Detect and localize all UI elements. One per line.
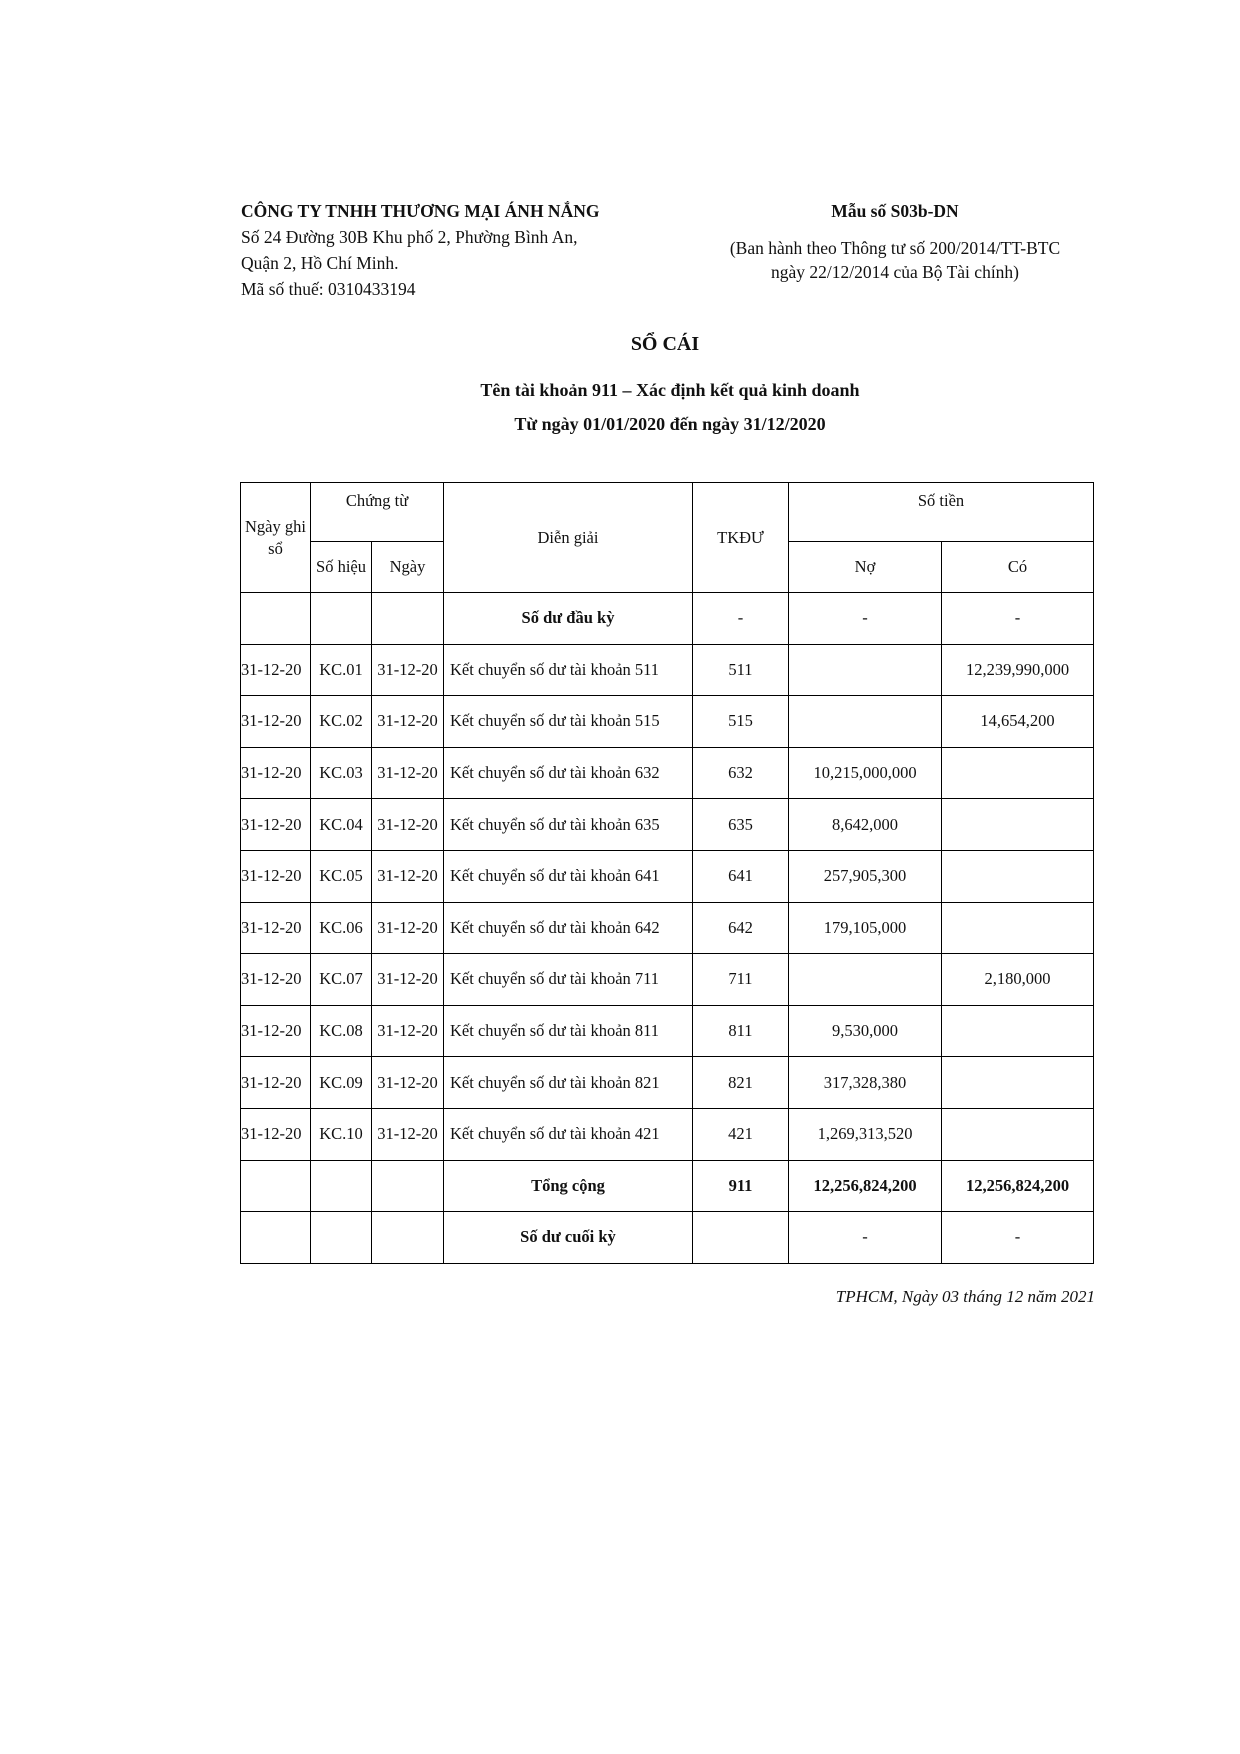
document-title: SỔ CÁI	[0, 333, 1240, 356]
opening-balance-debit: -	[789, 593, 942, 645]
cell-contra-account: 515	[693, 696, 789, 748]
cell-voucher-no: KC.04	[311, 799, 372, 851]
cell-credit	[942, 799, 1094, 851]
opening-balance-credit: -	[942, 593, 1094, 645]
total-label: Tổng cộng	[444, 1160, 693, 1212]
cell-contra-account: 421	[693, 1108, 789, 1160]
cell-empty	[241, 593, 311, 645]
header-amount: Số tiền	[789, 483, 1094, 542]
cell-credit	[942, 1005, 1094, 1057]
cell-record-date: 31-12-20	[241, 747, 311, 799]
cell-voucher-date: 31-12-20	[372, 799, 444, 851]
cell-credit	[942, 747, 1094, 799]
cell-credit: 14,654,200	[942, 696, 1094, 748]
header-contra-account: TKĐƯ	[693, 483, 789, 593]
table-row: 31-12-20KC.0531-12-20Kết chuyển số dư tà…	[241, 850, 1094, 902]
cell-voucher-no: KC.03	[311, 747, 372, 799]
header-description: Diễn giải	[444, 483, 693, 593]
cell-debit: 257,905,300	[789, 850, 942, 902]
cell-voucher-date: 31-12-20	[372, 1108, 444, 1160]
table-row: 31-12-20KC.0831-12-20Kết chuyển số dư tà…	[241, 1005, 1094, 1057]
opening-balance-row: Số dư đầu kỳ - - -	[241, 593, 1094, 645]
opening-balance-label: Số dư đầu kỳ	[444, 593, 693, 645]
closing-balance-contra	[693, 1212, 789, 1264]
cell-voucher-no: KC.06	[311, 902, 372, 954]
account-name: Tên tài khoản 911 – Xác định kết quả kin…	[0, 380, 1240, 401]
period: Từ ngày 01/01/2020 đến ngày 31/12/2020	[0, 414, 1240, 435]
total-debit: 12,256,824,200	[789, 1160, 942, 1212]
cell-contra-account: 811	[693, 1005, 789, 1057]
header-debit: Nợ	[789, 542, 942, 593]
total-row: Tổng cộng91112,256,824,20012,256,824,200	[241, 1160, 1094, 1212]
cell-empty	[372, 593, 444, 645]
opening-balance-contra: -	[693, 593, 789, 645]
cell-credit	[942, 1108, 1094, 1160]
cell-voucher-no: KC.09	[311, 1057, 372, 1109]
cell-description: Kết chuyển số dư tài khoản 635	[444, 799, 693, 851]
table-row: 31-12-20KC.0131-12-20Kết chuyển số dư tà…	[241, 644, 1094, 696]
cell-record-date: 31-12-20	[241, 954, 311, 1006]
cell-debit	[789, 644, 942, 696]
cell-description: Kết chuyển số dư tài khoản 632	[444, 747, 693, 799]
cell-contra-account: 632	[693, 747, 789, 799]
cell-debit: 1,269,313,520	[789, 1108, 942, 1160]
closing-balance-debit: -	[789, 1212, 942, 1264]
cell-voucher-no: KC.07	[311, 954, 372, 1006]
cell-description: Kết chuyển số dư tài khoản 711	[444, 954, 693, 1006]
cell-contra-account: 635	[693, 799, 789, 851]
total-contra-account: 911	[693, 1160, 789, 1212]
cell-voucher-date: 31-12-20	[372, 644, 444, 696]
cell-record-date: 31-12-20	[241, 799, 311, 851]
place-and-date: TPHCM, Ngày 03 tháng 12 năm 2021	[800, 1287, 1095, 1307]
ledger-table: Ngày ghi sổ Chứng từ Diễn giải TKĐƯ Số t…	[240, 482, 1094, 1264]
cell-credit	[942, 1057, 1094, 1109]
cell-contra-account: 641	[693, 850, 789, 902]
cell-description: Kết chuyển số dư tài khoản 642	[444, 902, 693, 954]
total-credit: 12,256,824,200	[942, 1160, 1094, 1212]
cell-record-date: 31-12-20	[241, 1057, 311, 1109]
cell-debit: 8,642,000	[789, 799, 942, 851]
company-info: CÔNG TY TNHH THƯƠNG MẠI ÁNH NẮNG Số 24 Đ…	[241, 198, 599, 302]
closing-balance-label: Số dư cuối kỳ	[444, 1212, 693, 1264]
header-voucher: Chứng từ	[311, 483, 444, 542]
closing-balance-row: Số dư cuối kỳ--	[241, 1212, 1094, 1264]
table-row: 31-12-20KC.0431-12-20Kết chuyển số dư tà…	[241, 799, 1094, 851]
cell-record-date: 31-12-20	[241, 902, 311, 954]
cell-voucher-date: 31-12-20	[372, 696, 444, 748]
cell-voucher-no: KC.08	[311, 1005, 372, 1057]
closing-balance-credit: -	[942, 1212, 1094, 1264]
cell-voucher-no: KC.05	[311, 850, 372, 902]
cell-empty	[311, 1212, 372, 1264]
company-name: CÔNG TY TNHH THƯƠNG MẠI ÁNH NẮNG	[241, 198, 599, 224]
cell-record-date: 31-12-20	[241, 644, 311, 696]
company-tax-code: Mã số thuế: 0310433194	[241, 276, 599, 302]
cell-voucher-no: KC.02	[311, 696, 372, 748]
cell-debit: 10,215,000,000	[789, 747, 942, 799]
cell-contra-account: 711	[693, 954, 789, 1006]
cell-empty	[241, 1160, 311, 1212]
table-row: 31-12-20KC.1031-12-20Kết chuyển số dư tà…	[241, 1108, 1094, 1160]
cell-description: Kết chuyển số dư tài khoản 421	[444, 1108, 693, 1160]
cell-voucher-date: 31-12-20	[372, 902, 444, 954]
company-address-line1: Số 24 Đường 30B Khu phố 2, Phường Bình A…	[241, 224, 599, 250]
cell-voucher-no: KC.01	[311, 644, 372, 696]
cell-empty	[241, 1212, 311, 1264]
cell-voucher-date: 31-12-20	[372, 850, 444, 902]
cell-debit	[789, 696, 942, 748]
cell-empty	[311, 593, 372, 645]
cell-debit: 179,105,000	[789, 902, 942, 954]
table-row: 31-12-20KC.0231-12-20Kết chuyển số dư tà…	[241, 696, 1094, 748]
cell-voucher-date: 31-12-20	[372, 1005, 444, 1057]
cell-empty	[311, 1160, 372, 1212]
cell-description: Kết chuyển số dư tài khoản 641	[444, 850, 693, 902]
cell-debit: 9,530,000	[789, 1005, 942, 1057]
cell-contra-account: 821	[693, 1057, 789, 1109]
company-address-line2: Quận 2, Hồ Chí Minh.	[241, 250, 599, 276]
form-issued-line1: (Ban hành theo Thông tư số 200/2014/TT-B…	[690, 236, 1100, 260]
cell-empty	[372, 1212, 444, 1264]
cell-description: Kết chuyển số dư tài khoản 515	[444, 696, 693, 748]
table-row: 31-12-20KC.0731-12-20Kết chuyển số dư tà…	[241, 954, 1094, 1006]
form-issued-line2: ngày 22/12/2014 của Bộ Tài chính)	[690, 260, 1100, 284]
cell-voucher-date: 31-12-20	[372, 954, 444, 1006]
cell-debit: 317,328,380	[789, 1057, 942, 1109]
cell-voucher-date: 31-12-20	[372, 747, 444, 799]
cell-debit	[789, 954, 942, 1006]
cell-credit: 12,239,990,000	[942, 644, 1094, 696]
cell-credit	[942, 850, 1094, 902]
cell-description: Kết chuyển số dư tài khoản 511	[444, 644, 693, 696]
cell-description: Kết chuyển số dư tài khoản 821	[444, 1057, 693, 1109]
form-info: Mẫu số S03b-DN (Ban hành theo Thông tư s…	[690, 198, 1100, 284]
table-row: 31-12-20KC.0931-12-20Kết chuyển số dư tà…	[241, 1057, 1094, 1109]
cell-credit: 2,180,000	[942, 954, 1094, 1006]
cell-voucher-date: 31-12-20	[372, 1057, 444, 1109]
cell-description: Kết chuyển số dư tài khoản 811	[444, 1005, 693, 1057]
cell-record-date: 31-12-20	[241, 1005, 311, 1057]
header-credit: Có	[942, 542, 1094, 593]
header-voucher-date: Ngày	[372, 542, 444, 593]
cell-contra-account: 642	[693, 902, 789, 954]
cell-voucher-no: KC.10	[311, 1108, 372, 1160]
cell-credit	[942, 902, 1094, 954]
header-voucher-no: Số hiệu	[311, 542, 372, 593]
table-row: 31-12-20KC.0331-12-20Kết chuyển số dư tà…	[241, 747, 1094, 799]
header-record-date: Ngày ghi sổ	[241, 483, 311, 593]
cell-empty	[372, 1160, 444, 1212]
cell-contra-account: 511	[693, 644, 789, 696]
cell-record-date: 31-12-20	[241, 1108, 311, 1160]
cell-record-date: 31-12-20	[241, 850, 311, 902]
table-row: 31-12-20KC.0631-12-20Kết chuyển số dư tà…	[241, 902, 1094, 954]
form-code: Mẫu số S03b-DN	[690, 198, 1100, 224]
cell-record-date: 31-12-20	[241, 696, 311, 748]
